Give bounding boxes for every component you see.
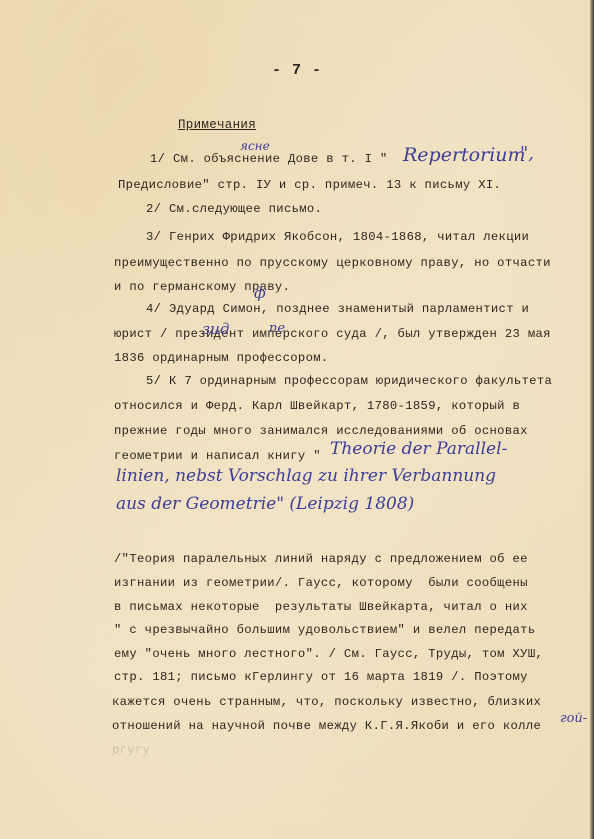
note-3-line-1: 3/ Генрих Фридрих Якобсон, 1804-1868, чи…	[146, 231, 529, 243]
handwritten-correction: зид	[202, 322, 229, 337]
continuation-line-1: /"Теория паралельных линий наряду с пред…	[114, 553, 528, 565]
note-5-line-3: прежние годы много занимался исследовани…	[114, 425, 528, 437]
continuation-line-4: " с чрезвычайно большим удовольствием" и…	[114, 624, 536, 636]
continuation-line-2: изгнании из геометрии/. Гаусс, которому …	[114, 577, 528, 589]
handwritten-book-title-line-3: aus der Geometrie" (Leipzig 1808)	[116, 496, 414, 513]
handwritten-closing-quote: ",	[520, 145, 534, 163]
note-5-line-1: 5/ К 7 ординарным профессорам юридическо…	[146, 375, 552, 387]
continuation-line-8: отношений на научной почве между К.Г.Я.Я…	[112, 720, 541, 732]
note-5-line-4: геометрии и написал книгу "	[114, 450, 321, 462]
note-2-line-1: 2/ См.следующее письмо.	[146, 203, 322, 215]
note-3-line-2: преимущественно по прусскому церковному …	[114, 257, 551, 269]
handwritten-book-title-line-2: linien, nebst Vorschlag zu ihrer Verbann…	[116, 468, 496, 485]
continuation-line-3: в письмах некоторые результаты Швейкарта…	[114, 601, 528, 613]
note-5-line-2: относился и Ферд. Карл Швейкарт, 1780-18…	[114, 400, 520, 412]
handwritten-word-ending: гой-	[560, 712, 587, 725]
handwritten-book-title-line-1: Theorie der Parallel-	[330, 441, 507, 458]
handwritten-correction: ф	[254, 286, 266, 301]
section-heading: Примечания	[178, 118, 256, 132]
note-4-line-2: юрист / президент имперского суда /, был…	[114, 328, 551, 340]
page-number: - 7 -	[0, 62, 594, 79]
note-4-line-3: 1836 ординарным профессором.	[114, 352, 329, 364]
note-1-line-1: 1/ См. объяснение Дове в т. I "	[150, 153, 388, 165]
page-edge-shadow	[590, 0, 594, 839]
note-4-line-1: 4/ Эдуард Симон, позднее знаменитый парл…	[146, 303, 529, 315]
faded-partial-line: ргугу	[112, 744, 150, 756]
handwritten-correction: пе	[269, 322, 285, 335]
handwritten-correction: ясне	[240, 140, 270, 152]
handwritten-title-repertorium: Repertorium	[403, 146, 526, 165]
continuation-line-5: ему "очень много лестного". / См. Гаусс,…	[114, 648, 543, 660]
continuation-line-7: кажется очень странным, что, поскольку и…	[112, 696, 541, 708]
continuation-line-6: стр. 181; письмо кГерлингу от 16 марта 1…	[114, 671, 528, 683]
note-1-line-2: Предисловие" стр. IУ и ср. примеч. 13 к …	[118, 179, 501, 191]
document-page: - 7 - Примечания 1/ См. объяснение Дове …	[0, 0, 594, 839]
